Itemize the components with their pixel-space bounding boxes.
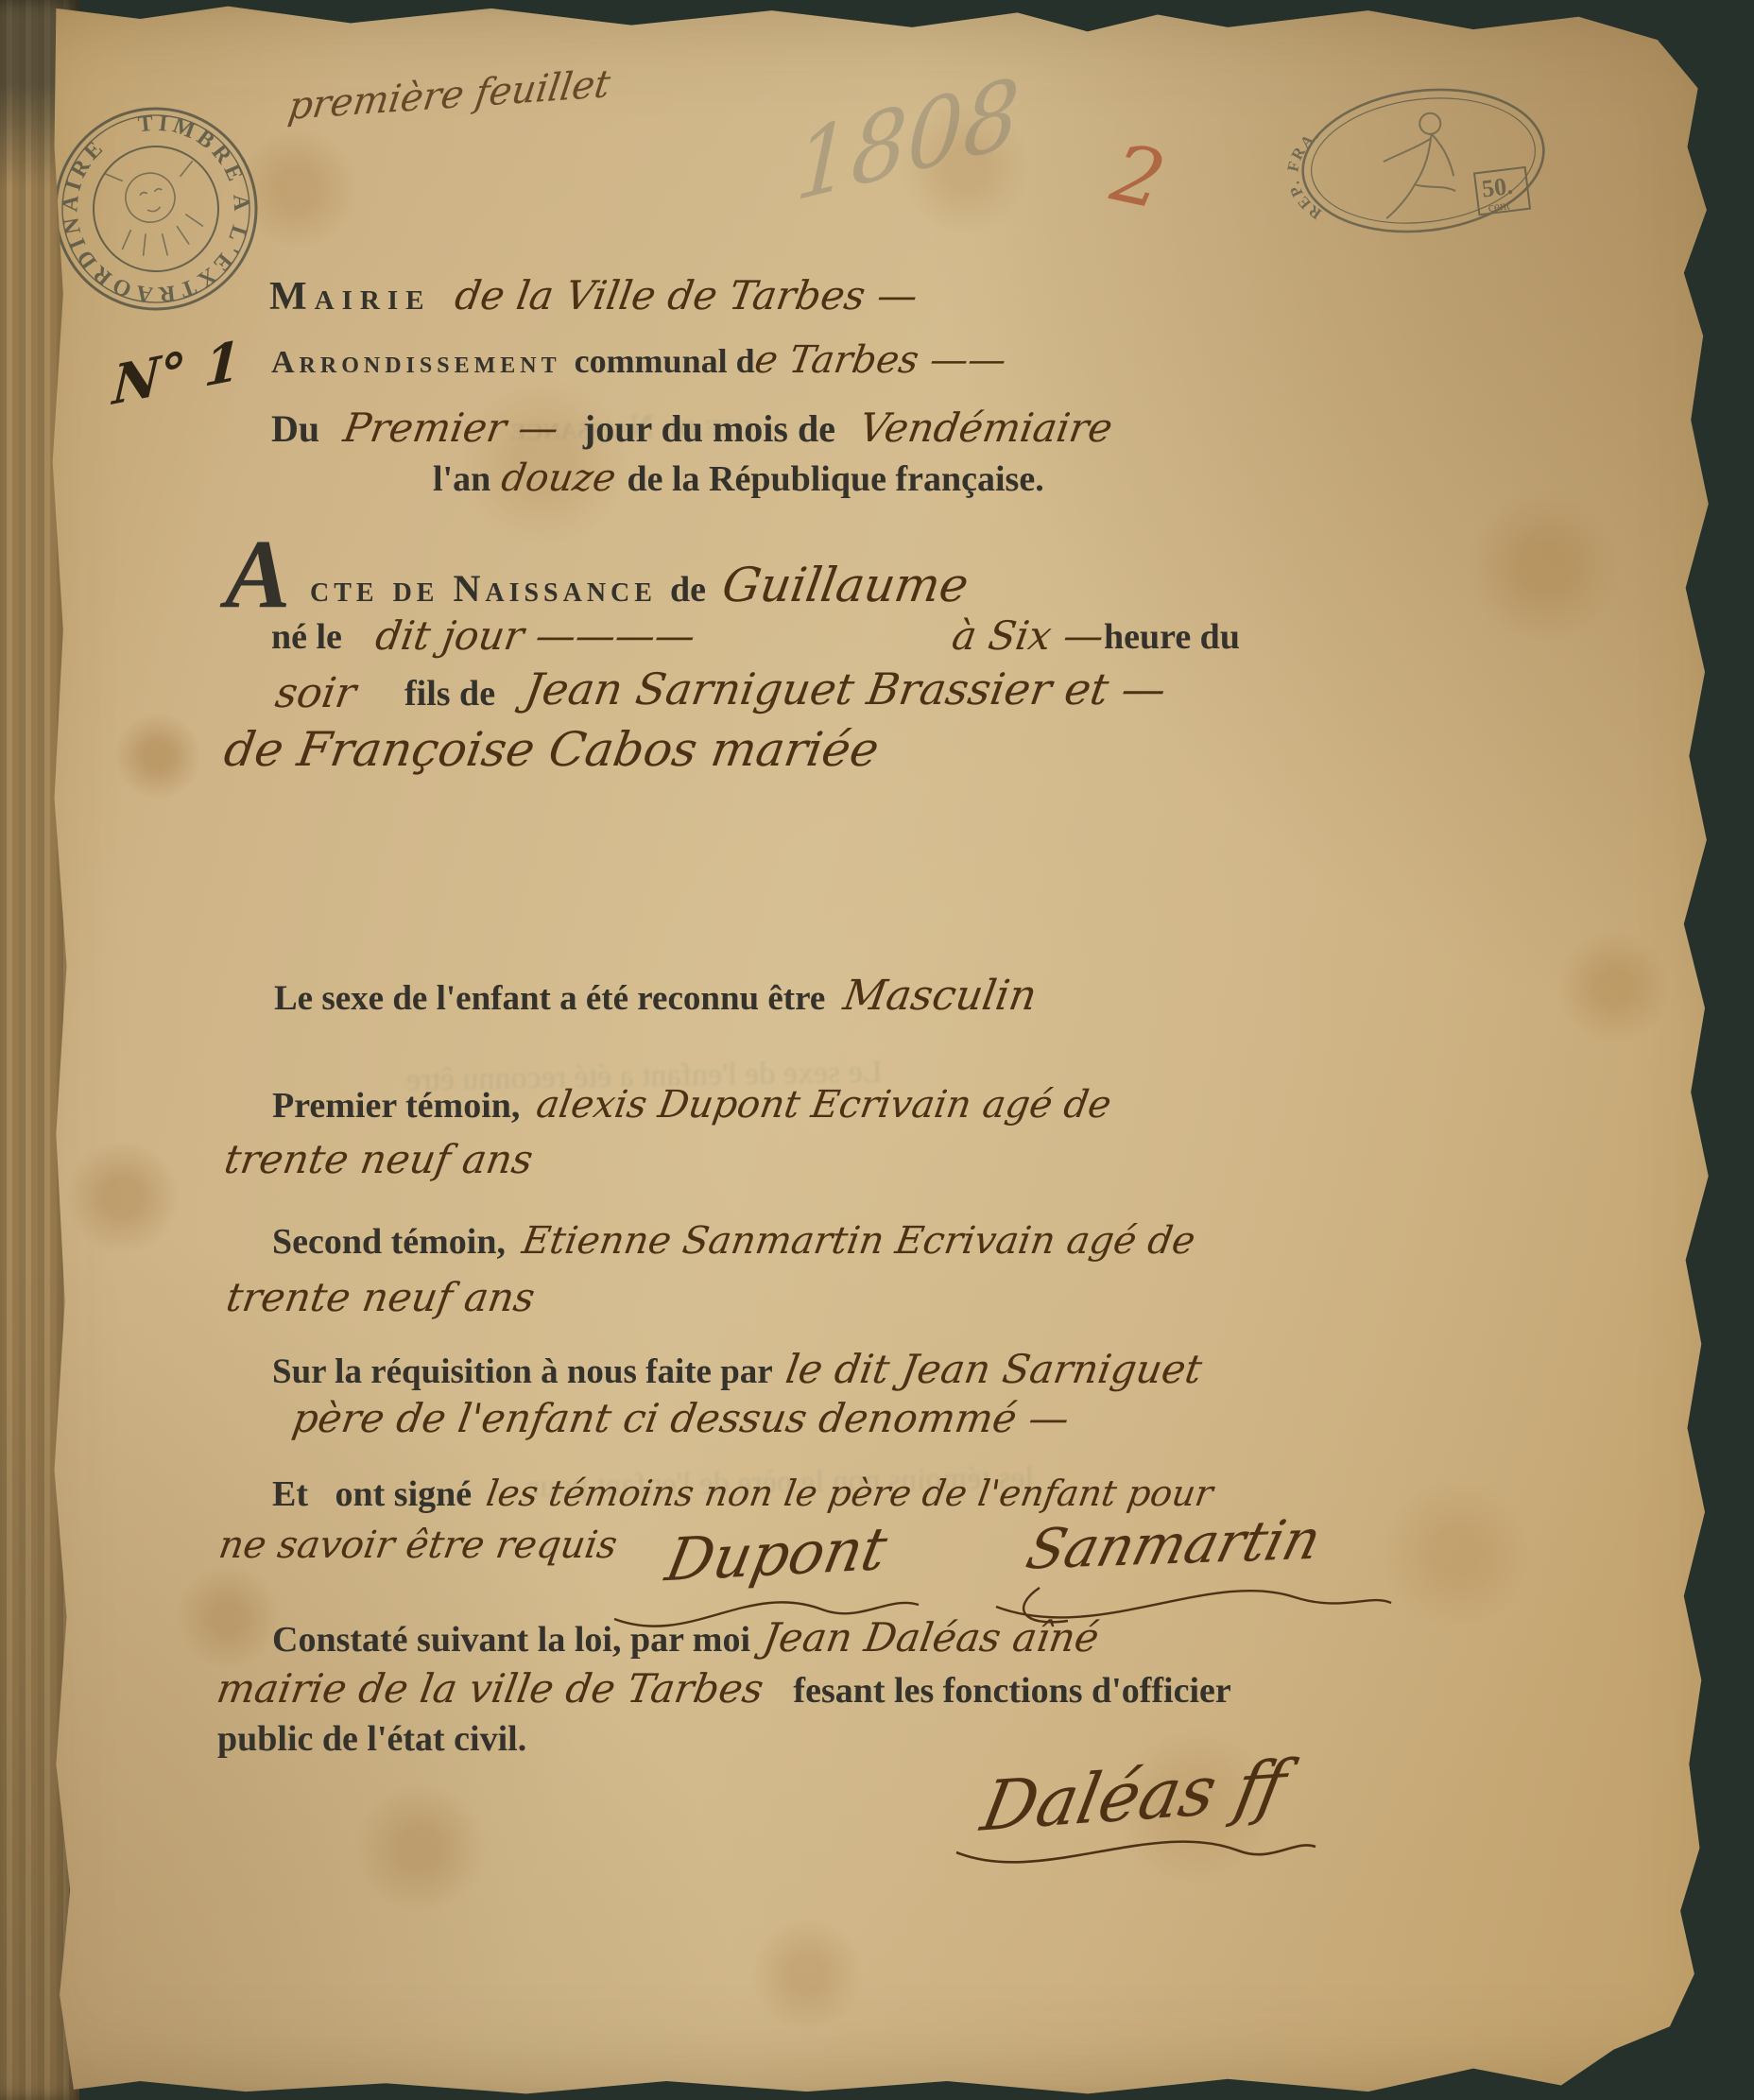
- signed-line2: ne savoir être requis: [215, 1523, 620, 1567]
- mayor-value: mairie de la ville de Tarbes: [214, 1665, 766, 1712]
- second-witness-value: Etienne Sanmartin Ecrivain agé de: [519, 1219, 1198, 1263]
- year-line: l'an douze de la République française.: [433, 456, 1044, 500]
- second-witness-age-line: trente neuf ans: [223, 1274, 538, 1320]
- requisition-value: le dit Jean Sarniguet: [782, 1346, 1205, 1392]
- signature-flourish: [945, 1824, 1323, 1890]
- signed-value: les témoins non le père de l'enfant pour: [484, 1472, 1216, 1514]
- requisition-line: Sur la réquisition à nous faite par le d…: [272, 1346, 1201, 1392]
- second-witness-line: Second témoin, Etienne Sanmartin Ecrivai…: [272, 1219, 1195, 1263]
- date-line: DuPremier —jour du mois deVendémiaire: [271, 405, 1112, 451]
- seated-figure: [1374, 112, 1457, 218]
- first-witness-line: Premier témoin, alexis Dupont Ecrivain a…: [272, 1083, 1111, 1127]
- first-witness-age-line: trente neuf ans: [221, 1136, 536, 1182]
- sex-label: Le sexe de l'enfant a été reconnu être: [274, 979, 825, 1018]
- mayor-line: mairie de la ville de Tarbes fesant les …: [217, 1665, 1231, 1712]
- birth-day-value: dit jour ————: [372, 612, 698, 659]
- day-value: Premier —: [340, 405, 561, 451]
- document-page: première feuillet 1808 2 N° 1 TIMBR: [0, 0, 1754, 2100]
- fils-de-label: fils de: [404, 673, 495, 714]
- acte-title: cte de Naissance: [310, 567, 657, 610]
- sun-face-emblem: [103, 152, 213, 266]
- svg-text:TIMBRE A L'EXTRAORDINAIRE: TIMBRE A L'EXTRAORDINAIRE: [38, 91, 275, 328]
- ne-le-label: né le: [271, 616, 342, 658]
- requisition-label: Sur la réquisition à nous faite par: [272, 1352, 773, 1391]
- arrondissement-label: Arrondissement: [271, 345, 561, 380]
- sex-value: Masculin: [840, 972, 1040, 1020]
- top-margin-note: première feuillet: [285, 62, 612, 129]
- acte-de-label: de: [670, 570, 706, 610]
- acte-initial: A: [225, 518, 290, 630]
- first-witness-label: Premier témoin,: [272, 1086, 520, 1126]
- hour-value: à Six —: [949, 612, 1107, 659]
- constate-value: Jean Daléas aîné: [760, 1614, 1102, 1661]
- child-name-value: Guillaume: [718, 558, 972, 612]
- second-witness-label: Second témoin,: [272, 1222, 506, 1262]
- signed-label: Et ont signé: [272, 1474, 472, 1514]
- sex-line: Le sexe de l'enfant a été reconnu être M…: [274, 972, 1037, 1020]
- year-value: douze: [499, 456, 619, 500]
- pencil-year-note: 1808: [794, 57, 1022, 223]
- mairie-value: de la Ville de Tarbes —: [453, 272, 921, 318]
- month-label: jour du mois de: [583, 407, 835, 450]
- act-number-note: N° 1: [111, 329, 242, 418]
- mairie-label: Mairie: [269, 275, 431, 318]
- scanned-page-background: première feuillet 1808 2 N° 1 TIMBR: [0, 0, 1754, 2100]
- signed-line: Et ont signé les témoins non le père de …: [272, 1472, 1212, 1515]
- round-stamp-ring-text: TIMBRE A L'EXTRAORDINAIRE: [38, 91, 275, 328]
- lan-label: l'an: [433, 459, 490, 499]
- communal-value: e Tarbes ——: [751, 338, 1009, 382]
- round-fiscal-stamp: TIMBRE A L'EXTRAORDINAIRE: [26, 79, 285, 338]
- mother-value: de Françoise Cabos mariée: [220, 722, 883, 777]
- time-of-day-value: soir: [272, 669, 359, 717]
- mairie-line: Mairiede la Ville de Tarbes —: [269, 272, 918, 319]
- communal-label: communal d: [575, 342, 755, 380]
- du-label: Du: [271, 407, 319, 450]
- constate-label: Constaté suivant la loi, par moi: [272, 1620, 750, 1660]
- officer-label: fesant les fonctions d'officier: [793, 1671, 1230, 1711]
- requisition-line2: père de l'enfant ci dessus denommé —: [289, 1395, 1073, 1441]
- oval-revenue-stamp: REP. FRA. 50. cent: [1284, 66, 1562, 255]
- heure-du-label: heure du: [1104, 616, 1240, 658]
- first-witness-value: alexis Dupont Ecrivain agé de: [534, 1083, 1115, 1127]
- oval-stamp-unit: cent: [1487, 198, 1511, 215]
- red-numeral-note: 2: [1104, 127, 1173, 228]
- stamp-oval-outer: [1295, 77, 1552, 245]
- acte-title-line: cte de Naissance de Guillaume: [310, 558, 968, 612]
- republique-label: de la République française.: [627, 459, 1043, 499]
- officer-label2: public de l'état civil.: [217, 1718, 526, 1760]
- arrondissement-line: Arrondissement communal de Tarbes ——: [271, 338, 1006, 382]
- constate-line: Constaté suivant la loi, par moi Jean Da…: [272, 1614, 1098, 1661]
- father-value: Jean Sarniguet Brassier et —: [522, 663, 1170, 714]
- month-value: Vendémiaire: [856, 405, 1116, 451]
